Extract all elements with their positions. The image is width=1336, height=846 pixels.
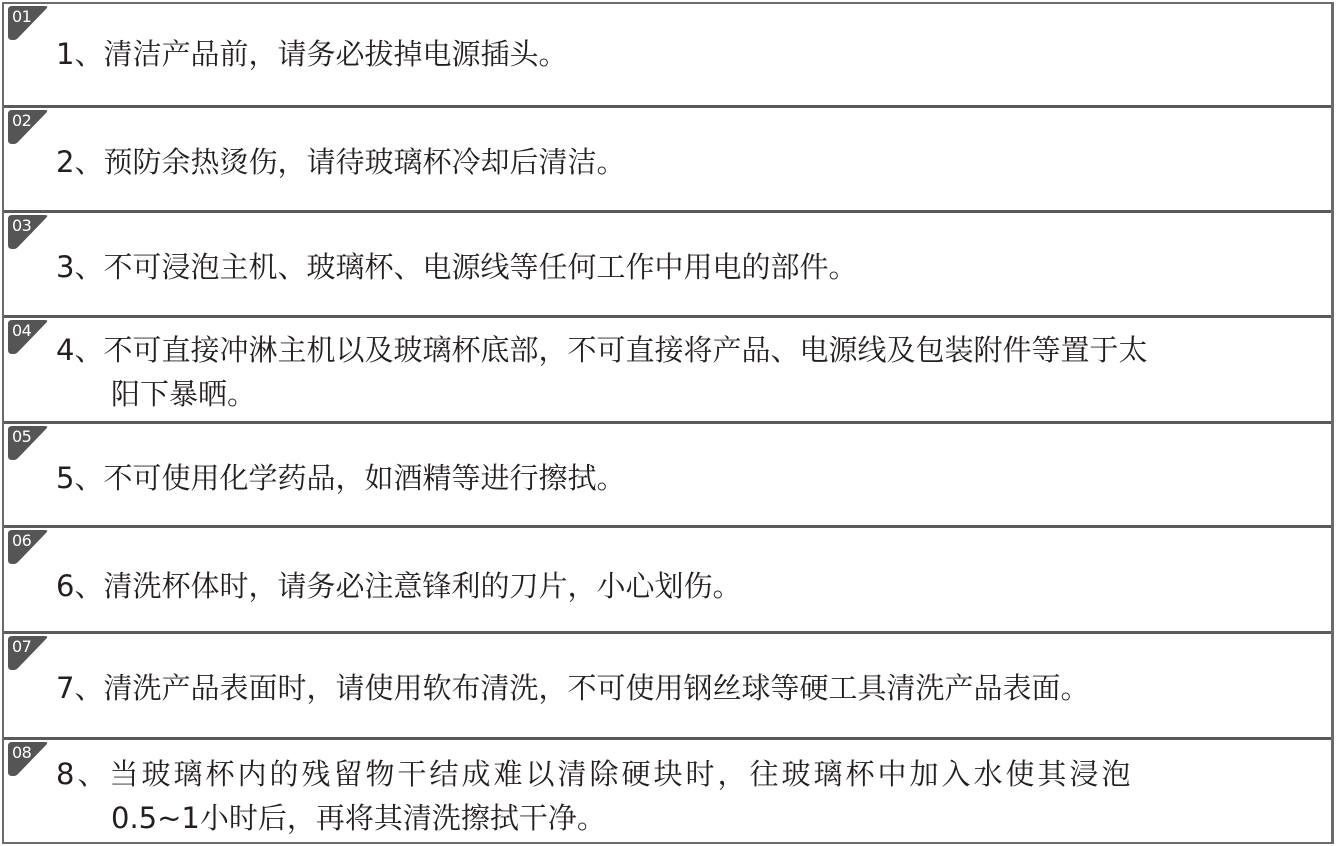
number-badge-4: 04: [8, 320, 49, 354]
number-badge-2: 02: [8, 110, 49, 144]
note-row-2: 02 2、预防余热烫伤，请待玻璃杯冷却后清洁。: [4, 108, 1331, 213]
note-row-1: 01 1、清洁产品前，请务必拔掉电源插头。: [4, 4, 1331, 108]
note-row-8: 08 8、当玻璃杯内的残留物干结成难以清除硬块时，往玻璃杯中加入水使其浸泡 0.…: [4, 740, 1331, 844]
note-text-7: 7、清洗产品表面时，请使用软布清洗，不可使用钢丝球等硬工具清洗产品表面。: [56, 666, 1325, 710]
badge-number: 03: [12, 217, 31, 235]
note-text-4-line-2: 阳下暴晒。: [56, 372, 1325, 416]
badge-number: 07: [12, 638, 31, 656]
note-text-3: 3、不可浸泡主机、玻璃杯、电源线等任何工作中用电的部件。: [56, 245, 1325, 289]
note-text-2: 2、预防余热烫伤，请待玻璃杯冷却后清洁。: [56, 140, 1325, 184]
badge-number: 01: [12, 8, 31, 26]
badge-number: 02: [12, 112, 31, 130]
note-text-8-line-1: 8、当玻璃杯内的残留物干结成难以清除硬块时，往玻璃杯中加入水使其浸泡: [56, 752, 1325, 796]
note-row-4: 04 4、不可直接冲淋主机以及玻璃杯底部，不可直接将产品、电源线及包装附件等置于…: [4, 318, 1331, 424]
note-text-5: 5、不可使用化学药品，如酒精等进行擦拭。: [56, 456, 1325, 500]
number-badge-7: 07: [8, 636, 49, 670]
note-row-3: 03 3、不可浸泡主机、玻璃杯、电源线等任何工作中用电的部件。: [4, 213, 1331, 318]
badge-number: 06: [12, 532, 31, 550]
badge-number: 05: [12, 428, 31, 446]
number-badge-6: 06: [8, 530, 49, 564]
badge-number: 04: [12, 322, 31, 340]
note-text-4-line-1: 4、不可直接冲淋主机以及玻璃杯底部，不可直接将产品、电源线及包装附件等置于太: [56, 328, 1325, 372]
note-row-5: 05 5、不可使用化学药品，如酒精等进行擦拭。: [4, 424, 1331, 528]
number-badge-3: 03: [8, 215, 49, 249]
note-text-8: 8、当玻璃杯内的残留物干结成难以清除硬块时，往玻璃杯中加入水使其浸泡 0.5~1…: [56, 752, 1325, 840]
note-text-1: 1、清洁产品前，请务必拔掉电源插头。: [56, 32, 1325, 76]
note-text-4: 4、不可直接冲淋主机以及玻璃杯底部，不可直接将产品、电源线及包装附件等置于太 阳…: [56, 328, 1325, 416]
note-text-6: 6、清洗杯体时，请务必注意锋利的刀片，小心划伤。: [56, 564, 1325, 608]
note-row-7: 07 7、清洗产品表面时，请使用软布清洗，不可使用钢丝球等硬工具清洗产品表面。: [4, 634, 1331, 740]
badge-number: 08: [12, 744, 31, 762]
note-row-6: 06 6、清洗杯体时，请务必注意锋利的刀片，小心划伤。: [4, 528, 1331, 634]
cleaning-notes-table: 01 1、清洁产品前，请务必拔掉电源插头。 02 2、预防余热烫伤，请待玻璃杯冷…: [2, 2, 1334, 844]
number-badge-5: 05: [8, 426, 49, 460]
number-badge-8: 08: [8, 742, 49, 776]
number-badge-1: 01: [8, 6, 49, 40]
note-text-8-line-2: 0.5~1小时后，再将其清洗擦拭干净。: [56, 796, 1325, 840]
